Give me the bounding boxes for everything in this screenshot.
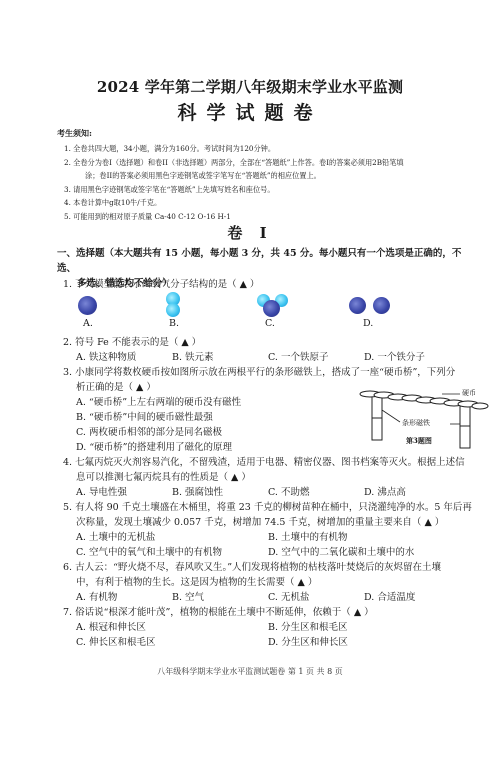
model-a-atom-icon	[78, 296, 97, 315]
volume-heading: 卷 I	[0, 222, 500, 243]
coin-bridge-figure: 硬币 条形磁铁 第3题图	[352, 384, 492, 452]
question-stem: 2. 符号 Fe 不能表示的是（ ▲ ）	[63, 335, 478, 350]
question-7: 7. 俗话说“根深才能叶茂”，植物的根能在土壤中不断延伸，依赖于（ ▲ ） A.…	[63, 605, 478, 650]
option-a-label: A.	[83, 318, 93, 329]
option-d-label: D.	[363, 318, 373, 329]
option-b: B. 铁元素	[172, 350, 268, 365]
notice-item: 1. 全卷共四大题，34小题，满分为160分。考试时间为120分钟。	[57, 142, 404, 156]
notice-list: 1. 全卷共四大题，34小题，满分为160分。考试时间为120分钟。 2. 全卷…	[57, 142, 404, 223]
molecule-models	[0, 292, 500, 332]
question-2: 2. 符号 Fe 不能表示的是（ ▲ ） A. 铁这种物质 B. 铁元素 C. …	[63, 335, 478, 365]
option-b: B. 强腐蚀性	[172, 485, 268, 500]
model-b-atom-icon	[166, 303, 180, 317]
options: A. 导电性强 B. 强腐蚀性 C. 不助燃 D. 沸点高	[63, 485, 478, 500]
option-d: D. 分生区和伸长区	[268, 635, 460, 650]
options: A. 根冠和伸长区 B. 分生区和根毛区	[63, 620, 478, 635]
option-a: A. 有机物	[76, 590, 172, 605]
question-stem-cont: 中，有利于植物的生长。这是因为植物的生长需要（ ▲ ）	[63, 575, 478, 590]
coin-label: 硬币	[462, 388, 476, 398]
option-d: D. 空气中的二氧化碳和土壤中的水	[268, 545, 460, 560]
option-b: B. 空气	[172, 590, 268, 605]
notice-item: 涂；卷II的答案必须用黑色字迹钢笔或签字笔写在“答题纸”的相应位置上。	[57, 169, 404, 183]
options: A. 有机物 B. 空气 C. 无机盐 D. 合适温度	[63, 590, 478, 605]
option-c: C. 伸长区和根毛区	[76, 635, 268, 650]
option-c: C. 空气中的氧气和土壤中的有机物	[76, 545, 268, 560]
question-stem: 6. 古人云：“野火烧不尽，春风吹又生。”人们发现将植物的枯枝落叶焚烧后的灰烬留…	[63, 560, 478, 575]
question-stem-cont: 息可以推测七氟丙烷具有的性质是（ ▲ ）	[63, 470, 478, 485]
notice-item: 3. 请用黑色字迹钢笔或签字笔在“答题纸”上先填写姓名和座位号。	[57, 183, 404, 197]
option-a: A. 铁这种物质	[76, 350, 172, 365]
question-stem: 4. 七氟丙烷灭火剂容易汽化，不留残渣，适用于电器、精密仪器、图书档案等灭火。根…	[63, 455, 478, 470]
option-c: C. 无机盐	[268, 590, 364, 605]
option-a: A. 土壤中的无机盐	[76, 530, 268, 545]
question-6: 6. 古人云：“野火烧不尽，春风吹又生。”人们发现将植物的枯枝落叶焚烧后的灰烬留…	[63, 560, 478, 605]
question-stem: 3. 小康同学将数枚硬币按如图所示放在两根平行的条形磁铁上，搭成了一座“硬币桥”…	[63, 365, 478, 380]
model-d-atom-icon	[349, 297, 366, 314]
option-b: B. 土壤中的有机物	[268, 530, 460, 545]
section-line: 一、选择题（本大题共有 15 小题，每小题 3 分，共 45 分。每小题只有一个…	[57, 246, 477, 276]
option-a: A. 根冠和伸长区	[76, 620, 268, 635]
options: A. 土壤中的无机盐 B. 土壤中的有机物	[63, 530, 478, 545]
option-c-label: C.	[265, 318, 275, 329]
option-b: B. 分生区和根毛区	[268, 620, 460, 635]
notice-heading: 考生须知:	[57, 128, 92, 139]
option-d: D. 合适温度	[364, 590, 460, 605]
option-c: C. 一个铁原子	[268, 350, 364, 365]
notice-item: 5. 可能用到的相对原子质量 Ca-40 C-12 O-16 H-1	[57, 210, 404, 224]
magnet-label: 条形磁铁	[402, 418, 430, 428]
options: A. 铁这种物质 B. 铁元素 C. 一个铁原子 D. 一个铁分子	[63, 350, 478, 365]
model-c-atom-icon	[263, 300, 280, 317]
question-stem-cont: 次称量，发现土壤减少 0.057 千克，树增加 74.5 千克，树增加的重量主要…	[63, 515, 478, 530]
question-stem: 7. 俗话说“根深才能叶茂”，植物的根能在土壤中不断延伸，依赖于（ ▲ ）	[63, 605, 478, 620]
model-d-atom-icon	[373, 297, 390, 314]
option-b-label: B.	[169, 318, 179, 329]
notice-item: 2. 全卷分为卷I（选择题）和卷II（非选择题）两部分，全部在“答题纸”上作答。…	[57, 156, 404, 170]
question-5: 5. 有人将 90 千克土壤盛在木桶里，将重 23 千克的柳树苗种在桶中，只浇灌…	[63, 500, 478, 560]
question-1: 1. 下列模型能表示出氧气分子结构的是（ ▲ ）	[63, 277, 478, 292]
option-d: D. 一个铁分子	[364, 350, 460, 365]
option-d: D. 沸点高	[364, 485, 460, 500]
exam-title: 2024 学年第二学期八年级期末学业水平监测	[0, 76, 500, 97]
option-a: A. 导电性强	[76, 485, 172, 500]
question-4: 4. 七氟丙烷灭火剂容易汽化，不留残渣，适用于电器、精密仪器、图书档案等灭火。根…	[63, 455, 478, 500]
exam-subtitle: 科学试题卷	[0, 98, 500, 125]
option-c: C. 不助燃	[268, 485, 364, 500]
options: C. 伸长区和根毛区 D. 分生区和伸长区	[63, 635, 478, 650]
options: C. 空气中的氧气和土壤中的有机物 D. 空气中的二氧化碳和土壤中的水	[63, 545, 478, 560]
figure-caption: 第3题图	[406, 436, 432, 446]
question-stem: 1. 下列模型能表示出氧气分子结构的是（ ▲ ）	[63, 277, 478, 292]
question-stem: 5. 有人将 90 千克土壤盛在木桶里，将重 23 千克的柳树苗种在桶中，只浇灌…	[63, 500, 478, 515]
page-footer: 八年级科学期末学业水平监测试题卷 第 1 页 共 8 页	[0, 666, 500, 677]
notice-item: 4. 本卷计算中g取10牛/千克。	[57, 196, 404, 210]
